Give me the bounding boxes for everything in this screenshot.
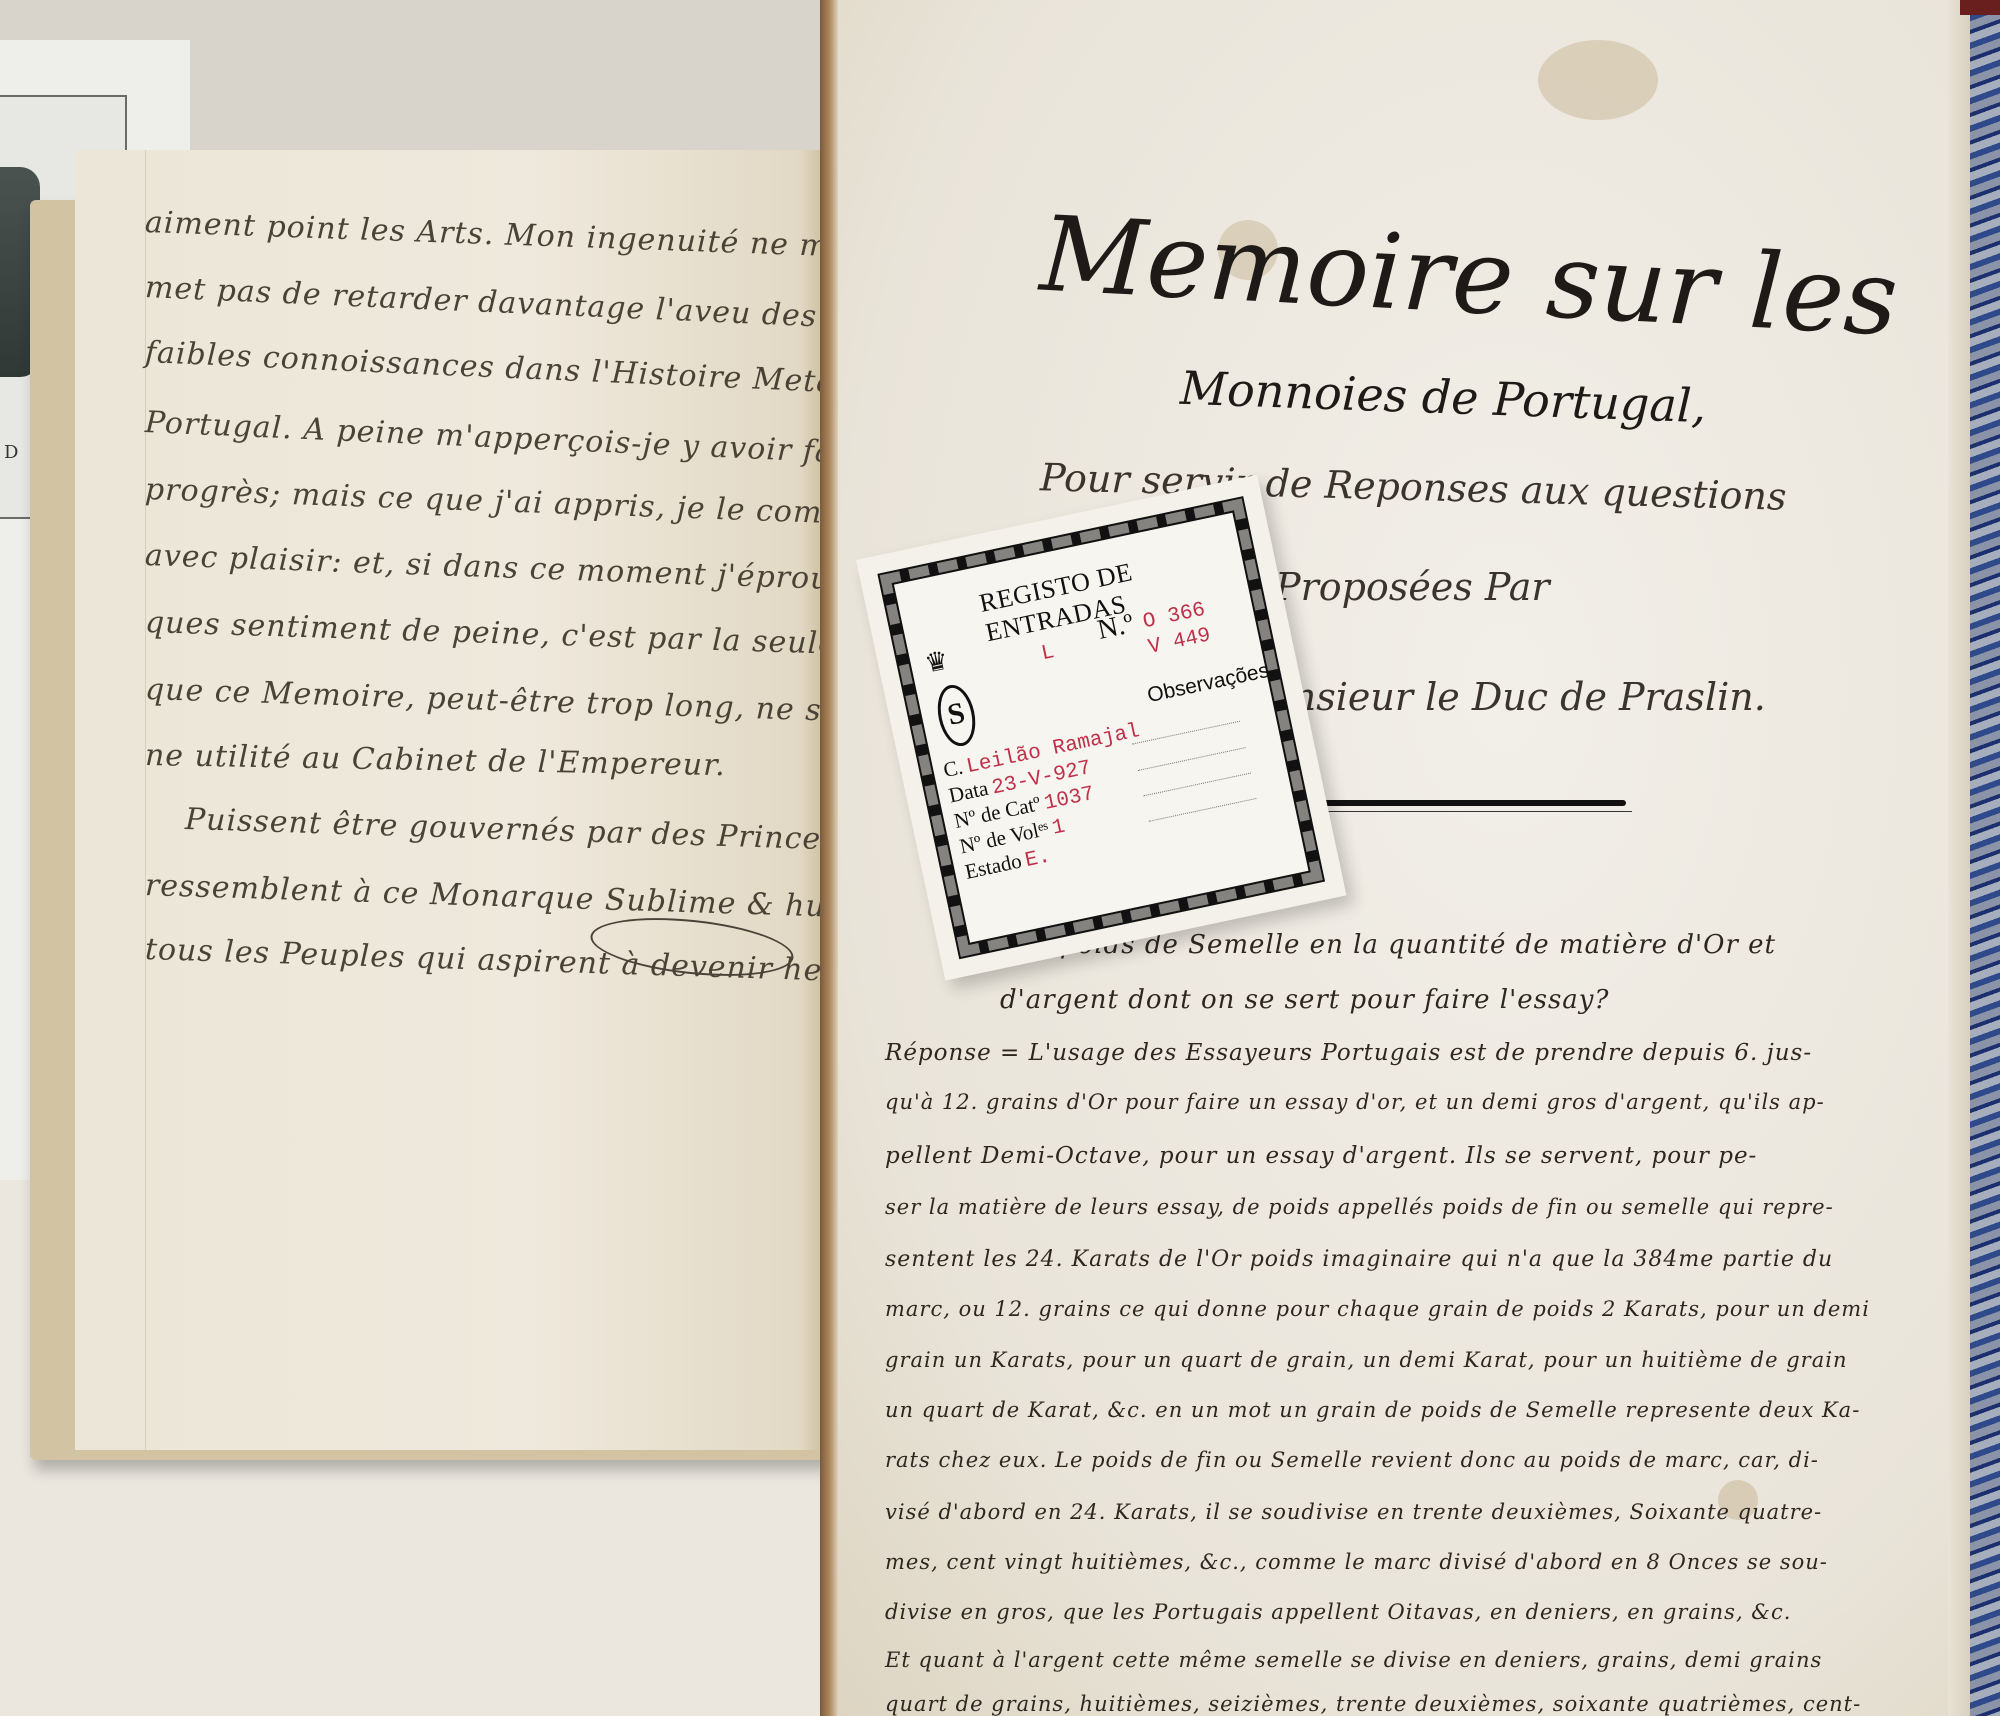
body-line-3: Réponse = L'usage des Essayeurs Portugai… <box>885 1040 1812 1066</box>
title-rule-thick <box>1276 800 1626 806</box>
foxing-stain <box>1538 40 1658 120</box>
body-line-13: mes, cent vingt huitièmes, &c., comme le… <box>885 1550 1828 1574</box>
body-line-4: qu'à 12. grains d'Or pour faire un essay… <box>885 1090 1825 1114</box>
body-line-16: quart de grains, huitièmes, seizièmes, t… <box>885 1692 1861 1716</box>
body-line-8: marc, ou 12. grains ce qui donne pour ch… <box>885 1297 1870 1321</box>
observations-label: Observações <box>1145 659 1271 708</box>
field-value: E. <box>1023 845 1052 873</box>
body-line-1: poids de Semelle en la quantité de matiè… <box>1060 930 1776 960</box>
field-value: 1037 <box>1042 783 1096 816</box>
left-line-10: Puissent être gouvernés par des Princes … <box>184 802 899 859</box>
obs-line <box>1132 721 1240 745</box>
binding-top <box>1960 0 2000 15</box>
page-edges <box>1948 0 1970 1716</box>
label-ornamental-border: REGISTO DE ENTRADAS ♛ S L N.º O 366 V 44… <box>877 496 1325 959</box>
body-line-12: visé d'abord en 24. Karats, il se soudiv… <box>885 1500 1822 1524</box>
obs-line <box>1143 773 1251 797</box>
marbled-board <box>1970 15 2000 1716</box>
left-line-4: Portugal. A peine m'apperçois-je y avoir… <box>144 405 858 471</box>
left-line-1: aiment point les Arts. Mon ingenuité ne … <box>144 205 924 267</box>
body-line-11: rats chez eux. Le poids de fin ou Semell… <box>885 1448 1819 1472</box>
number-label: N.º <box>1095 608 1137 647</box>
book-gutter <box>820 0 840 1716</box>
label-L-mark: L <box>1039 641 1056 666</box>
obs-line <box>1149 798 1257 822</box>
body-line-6: ser la matière de leurs essay, de poids … <box>885 1195 1834 1219</box>
title-line-4: Proposées Par <box>1275 565 1550 609</box>
body-line-10: un quart de Karat, &c. en un mot un grai… <box>885 1398 1860 1422</box>
seal-monogram-icon: S <box>932 681 980 749</box>
body-line-7: sentent les 24. Karats de l'Or poids ima… <box>885 1247 1833 1272</box>
field-value: 1 <box>1050 816 1067 841</box>
title-line-5: Monsieur le Duc de Praslin. <box>1230 675 1766 719</box>
body-line-14: divise en gros, que les Portugais appell… <box>885 1600 1791 1624</box>
left-line-9: ne utilité au Cabinet de l'Empereur. <box>145 738 726 783</box>
left-manuscript-page: aiment point les Arts. Mon ingenuité ne … <box>75 150 830 1450</box>
obs-line <box>1138 747 1246 771</box>
left-line-11: ressemblent à ce Monarque Sublime & huma… <box>144 868 916 927</box>
title-rule-thin <box>1276 811 1632 812</box>
registry-label-slip: REGISTO DE ENTRADAS ♛ S L N.º O 366 V 44… <box>856 475 1346 981</box>
left-line-12: tous les Peuples qui aspirent à devenir … <box>144 932 928 992</box>
field-label: C. <box>941 755 965 782</box>
body-line-5: pellent Demi-Octave, pour un essay d'arg… <box>885 1143 1757 1169</box>
engraving-caption-letter: D <box>4 442 18 463</box>
body-line-15: Et quant à l'argent cette même semelle s… <box>885 1648 1822 1672</box>
crown-icon: ♛ <box>922 645 951 679</box>
body-line-2: d'argent dont on se sert pour faire l'es… <box>1000 985 1609 1015</box>
body-line-9: grain un Karats, pour un quart de grain,… <box>885 1348 1847 1372</box>
